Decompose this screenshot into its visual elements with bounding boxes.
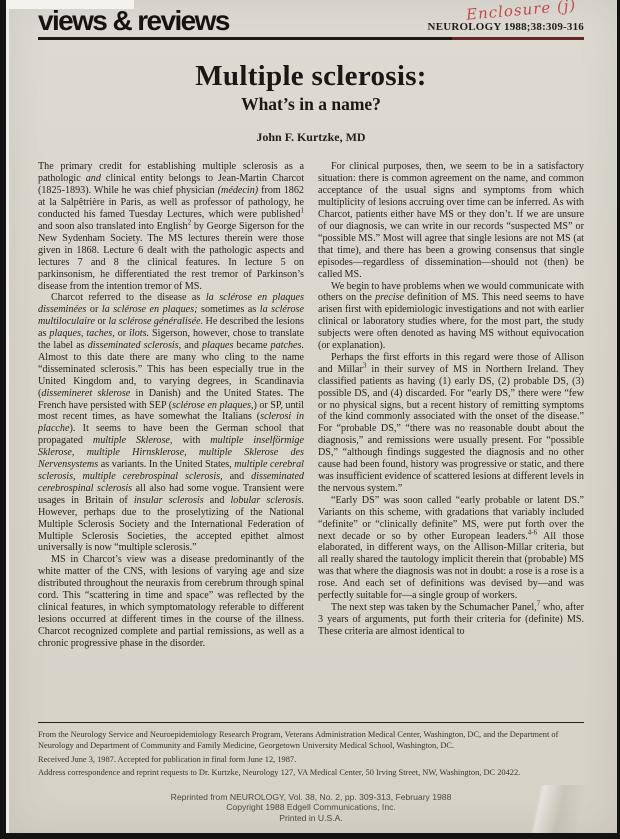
journal-section-title: views & reviews [38, 7, 229, 35]
paragraph: Charcot referred to the disease as la sc… [38, 292, 304, 554]
paragraph: We begin to have problems when we would … [318, 281, 584, 352]
scanned-page: views & reviews NEUROLOGY 1988;38:309-31… [6, 0, 617, 833]
left-column: The primary credit for establishing mult… [38, 161, 304, 711]
paragraph: The primary credit for establishing mult… [38, 161, 304, 292]
paragraph: “Early DS” was soon called “early probab… [318, 495, 584, 602]
page-content: views & reviews NEUROLOGY 1988;38:309-31… [9, 7, 617, 824]
text-line: Received June 3, 1987. Accepted for publ… [38, 755, 584, 765]
footnotes: From the Neurology Service and Neuroepid… [38, 730, 584, 778]
paragraph: Perhaps the first efforts in this regard… [318, 352, 584, 495]
article-author: John F. Kurtzke, MD [38, 130, 584, 145]
journal-header: views & reviews NEUROLOGY 1988;38:309-31… [38, 7, 584, 40]
footnote-rule [38, 722, 584, 723]
text-line: Copyright 1988 Edgell Communications, In… [38, 802, 584, 813]
text-line: From the Neurology Service and Neuroepid… [38, 730, 584, 751]
article-subtitle: What’s in a name? [38, 94, 584, 115]
text-line: Address correspondence and reprint reque… [38, 768, 584, 778]
reprint-notice: Reprinted from NEUROLOGY, Vol. 38, No. 2… [38, 792, 584, 824]
paragraph: The next step was taken by the Schumache… [318, 602, 584, 638]
right-column: For clinical purposes, then, we seem to … [318, 161, 584, 711]
paragraph: MS in Charcot’s view was a disease predo… [38, 554, 304, 649]
journal-citation: NEUROLOGY 1988;38:309-316 [428, 21, 584, 35]
article-title: Multiple sclerosis: [38, 61, 584, 91]
text-line: Printed in U.S.A. [38, 813, 584, 824]
text-line: Reprinted from NEUROLOGY, Vol. 38, No. 2… [38, 792, 584, 803]
article-body: The primary credit for establishing mult… [38, 161, 584, 711]
red-pen-underline [452, 37, 584, 40]
paragraph: For clinical purposes, then, we seem to … [318, 161, 584, 280]
